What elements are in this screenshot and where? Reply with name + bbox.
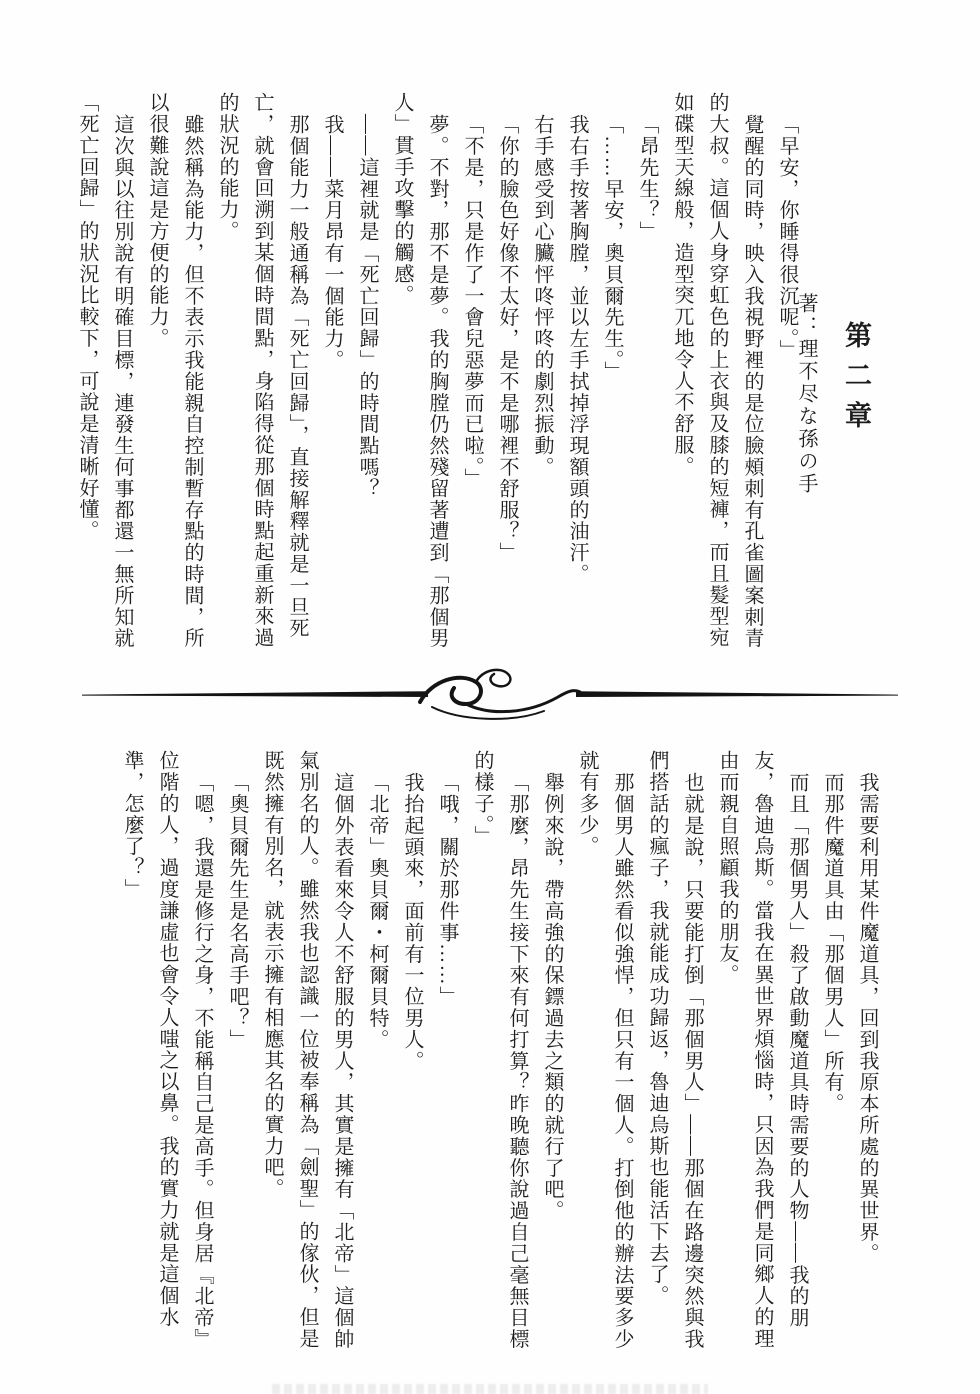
paragraph: 而那件魔道具由「那個男人」所有。: [814, 750, 849, 1366]
bottom-text-section: 我需要利用某件魔道具，回到我原本所處的異世界。而那件魔道具由「那個男人」所有。而…: [74, 750, 884, 1366]
paragraph: 我需要利用某件魔道具，回到我原本所處的異世界。: [849, 750, 884, 1366]
paragraph: 這次與以往別說有明確目標，連發生何事都還一無所知就「死亡回歸」的狀況比較下，可說…: [69, 92, 139, 668]
novel-page: 第二章 著：理不尽な孫の手: [0, 0, 980, 1394]
calligraphic-divider-icon: [80, 666, 900, 728]
paragraph: 覺醒的同時，映入我視野裡的是位臉頰刺有孔雀圖案刺青的大叔。這個人身穿虹色的上衣與…: [664, 92, 769, 668]
paragraph: 「嗯，我還是修行之身，不能稱自己是高手。但身居『北帝』位階的人，過度謙虛也會令人…: [114, 750, 219, 1366]
paragraph: 這個外表看來令人不舒服的男人，其實是擁有「北帝」這個帥氣別名的人。雖然我也認識一…: [254, 750, 359, 1366]
paragraph: 「奧貝爾先生是名高手吧？」: [219, 750, 254, 1366]
paragraph: 我右手按著胸膛，並以左手拭掉浮現額頭的油汗。: [559, 92, 594, 668]
paragraph: 舉例來說，帶高強的保鏢過去之類的就行了吧。: [534, 750, 569, 1366]
paragraph: 「那麼，昂先生接下來有何打算？昨晚聽你說過自己毫無目標的樣子。」: [464, 750, 534, 1366]
paragraph: 「北帝」奧貝爾・柯爾貝特。: [359, 750, 394, 1366]
paragraph: 那個能力一般通稱為「死亡回歸」，直接解釋就是一旦死亡，就會回溯到某個時間點，身陷…: [209, 92, 314, 668]
paragraph: 「……早安，奧貝爾先生。」: [594, 92, 629, 668]
cropped-footnote-text: [272, 1384, 708, 1394]
paragraph: 「你的臉色好像不太好，是不是哪裡不舒服？」: [489, 92, 524, 668]
paragraph: 我抬起頭來，面前有一位男人。: [394, 750, 429, 1366]
top-text-section: 第二章 著：理不尽な孫の手: [78, 92, 884, 668]
paragraph: 右手感受到心臟怦咚怦咚的劇烈振動。: [524, 92, 559, 668]
paragraph: 雖然稱為能力，但不表示我能親自控制暫存點的時間，所以很難說這是方便的能力。: [139, 92, 209, 668]
paragraph: 「不是，只是作了一會兒惡夢而已啦。」: [454, 92, 489, 668]
paragraph: 那個男人雖然看似強悍，但只有一個人。打倒他的辦法要多少就有多少。: [569, 750, 639, 1366]
paragraph: ——這裡就是「死亡回歸」的時間點嗎？: [349, 92, 384, 668]
paragraph: 也就是說，只要能打倒「那個男人」——那個在路邊突然與我們搭話的瘋子，我就能成功歸…: [639, 750, 709, 1366]
chapter-title: 第二章: [837, 321, 876, 441]
paragraph: 夢。不對，那不是夢。我的胸膛仍然殘留著遭到「那個男人」貫手攻擊的觸感。: [384, 92, 454, 668]
paragraph: 我——菜月昂有一個能力。: [314, 92, 349, 668]
paragraph: 而且「那個男人」殺了啟動魔道具時需要的人物——我的朋友，魯迪烏斯。當我在異世界煩…: [709, 750, 814, 1366]
chapter-title-column: 第二章 著：理不尽な孫の手: [838, 92, 884, 668]
paragraph: 「昂先生？」: [629, 92, 664, 668]
paragraph: 「哦，關於那件事……」: [429, 750, 464, 1366]
